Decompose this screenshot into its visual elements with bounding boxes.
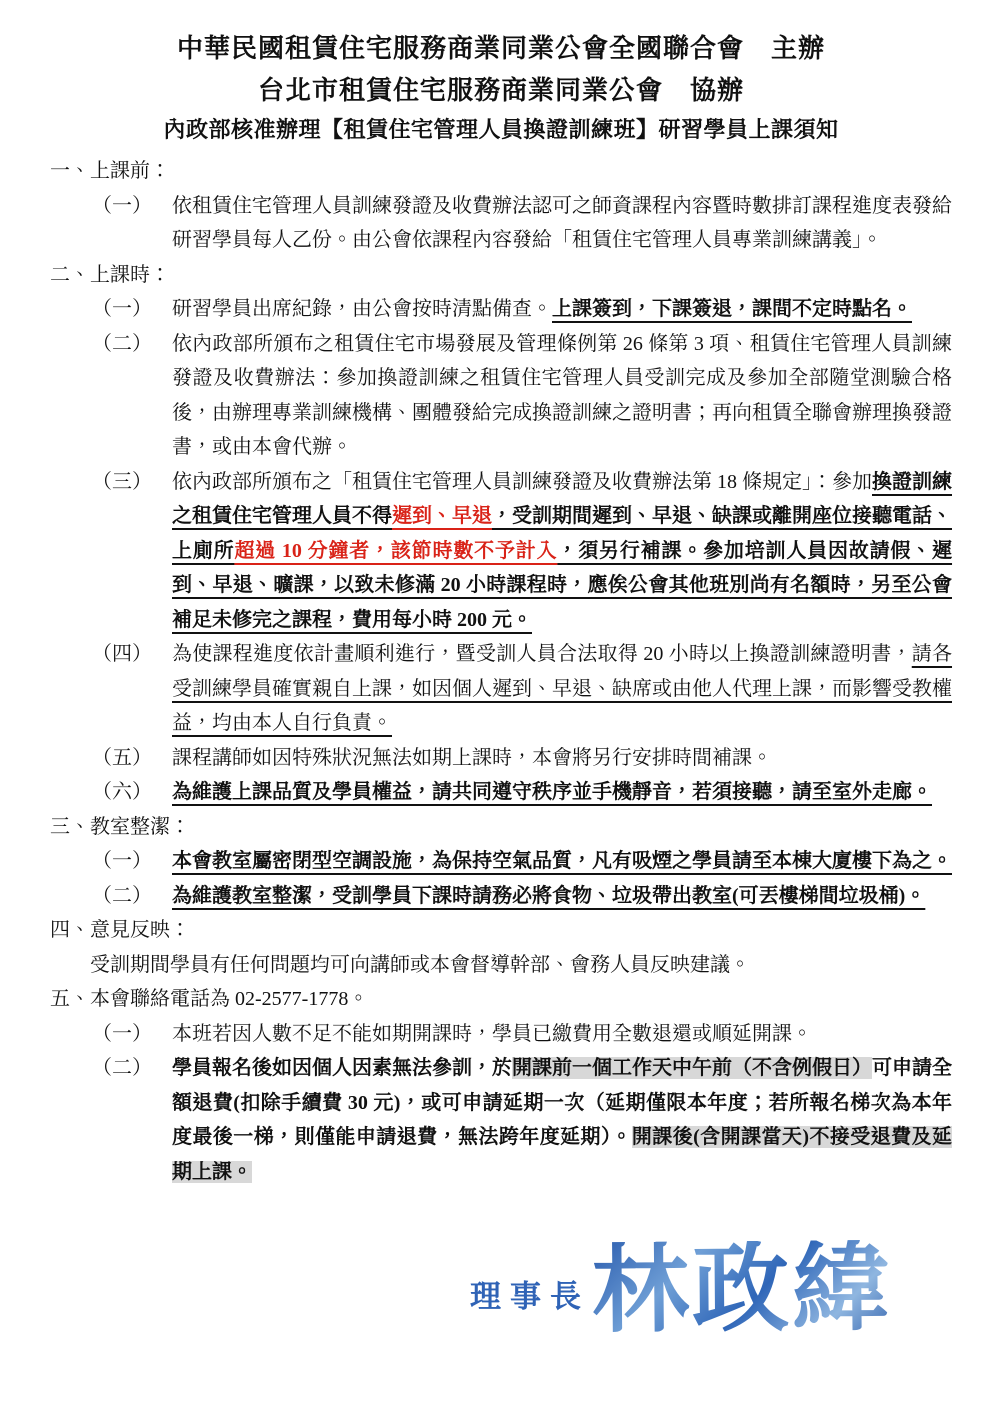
text-run: 為維護上課品質及學員權益，請共同遵守秩序並手機靜音，若須接聽，請至室外走廊。 <box>172 781 932 803</box>
item-marker: （二） <box>92 1051 172 1189</box>
section-heading: 四、意見反映： <box>50 913 952 948</box>
signature-block: 理事長 林政緯 <box>50 1241 952 1338</box>
sub-item: （二）為維護教室整潔，受訓學員下課時請務必將食物、垃圾帶出教室(可丟樓梯間垃圾桶… <box>50 879 952 914</box>
text-run: 依內政部所頒布之租賃住宅市場發展及管理條例第 26 條第 3 項、租賃住宅管理人… <box>172 333 952 459</box>
item-marker: （一） <box>92 189 172 258</box>
item-text: 為使課程進度依計畫順利進行，暨受訓人員合法取得 20 小時以上換證訓練證明書，請… <box>172 637 952 741</box>
section-heading: 三、教室整潔： <box>50 810 952 845</box>
item-marker: （六） <box>92 775 172 810</box>
item-text: 五、本會聯絡電話為 02-2577-1778。 <box>50 982 952 1017</box>
text-run: 二、上課時： <box>50 264 170 286</box>
item-text: 受訓期間學員有任何問題均可向講師或本會督導幹部、會務人員反映建議。 <box>90 948 952 983</box>
section-heading: 一、上課前： <box>50 154 952 189</box>
item-text: 為維護上課品質及學員權益，請共同遵守秩序並手機靜音，若須接聽，請至室外走廊。 <box>172 775 952 810</box>
sub-item: （六）為維護上課品質及學員權益，請共同遵守秩序並手機靜音，若須接聽，請至室外走廊… <box>50 775 952 810</box>
sub-item: （一）本班若因人數不足不能如期開課時，學員已繳費用全數退還或順延開課。 <box>50 1017 952 1052</box>
notice-title: 內政部核准辦理【租賃住宅管理人員換證訓練班】研習學員上課須知 <box>50 112 952 148</box>
sub-item: （一）依租賃住宅管理人員訓練發證及收費辦法認可之師資課程內容暨時數排訂課程進度表… <box>50 189 952 258</box>
item-text: 學員報名後如因個人因素無法參訓，於開課前一個工作天中午前（不含例假日）可申請全額… <box>172 1051 952 1189</box>
sub-item: （二）學員報名後如因個人因素無法參訓，於開課前一個工作天中午前（不含例假日）可申… <box>50 1051 952 1189</box>
document-header: 中華民國租賃住宅服務商業同業公會全國聯合會 主辦 台北市租賃住宅服務商業同業公會… <box>50 28 952 148</box>
text-run: 一、上課前： <box>50 160 170 182</box>
item-marker: （二） <box>92 879 172 914</box>
sub-item: （五）課程講師如因特殊狀況無法如期上課時，本會將另行安排時間補課。 <box>50 741 952 776</box>
item-marker: （一） <box>92 292 172 327</box>
item-text: 研習學員出席紀錄，由公會按時清點備查。上課簽到，下課簽退，課間不定時點名。 <box>172 292 952 327</box>
text-run: 超過 10 分鐘者，該節時數不予計入 <box>234 540 557 562</box>
item-marker: （五） <box>92 741 172 776</box>
sub-item: （三）依內政部所頒布之「租賃住宅管理人員訓練發證及收費辦法第 18 條規定」：參… <box>50 465 952 638</box>
text-run: 為維護教室整潔，受訓學員下課時請務必將食物、垃圾帶出教室(可丟樓梯間垃圾桶)。 <box>172 885 925 907</box>
co-organizer-title: 台北市租賃住宅服務商業同業公會 協辦 <box>50 70 952 112</box>
sub-item: （一）本會教室屬密閉型空調設施，為保持空氣品質，凡有吸煙之學員請至本棟大廈樓下為… <box>50 844 952 879</box>
item-text: 依內政部所頒布之租賃住宅市場發展及管理條例第 26 條第 3 項、租賃住宅管理人… <box>172 327 952 465</box>
item-text: 依租賃住宅管理人員訓練發證及收費辦法認可之師資課程內容暨時數排訂課程進度表發給研… <box>172 189 952 258</box>
item-marker: （三） <box>92 465 172 638</box>
sub-item: （四）為使課程進度依計畫順利進行，暨受訓人員合法取得 20 小時以上換證訓練證明… <box>50 637 952 741</box>
text-run: 課程講師如因特殊狀況無法如期上課時，本會將另行安排時間補課。 <box>172 747 772 769</box>
text-run: 上課簽到，下課簽退，課間不定時點名。 <box>552 298 912 320</box>
text-run: 開課前一個工作天中午前（不含例假日） <box>512 1057 872 1079</box>
text-run: 為使課程進度依計畫順利進行，暨受訓人員合法取得 20 小時以上換證訓練證明書， <box>172 643 912 665</box>
sub-item: （一）研習學員出席紀錄，由公會按時清點備查。上課簽到，下課簽退，課間不定時點名。 <box>50 292 952 327</box>
document-page: 中華民國租賃住宅服務商業同業公會全國聯合會 主辦 台北市租賃住宅服務商業同業公會… <box>0 0 1000 1414</box>
item-text: 本會教室屬密閉型空調設施，為保持空氣品質，凡有吸煙之學員請至本棟大廈樓下為之。 <box>172 844 952 879</box>
item-marker: （二） <box>92 327 172 465</box>
text-run: 四、意見反映： <box>50 919 190 941</box>
item-text: 本班若因人數不足不能如期開課時，學員已繳費用全數退還或順延開課。 <box>172 1017 952 1052</box>
item-text: 課程講師如因特殊狀況無法如期上課時，本會將另行安排時間補課。 <box>172 741 952 776</box>
text-run: 依租賃住宅管理人員訓練發證及收費辦法認可之師資課程內容暨時數排訂課程進度表發給研… <box>172 195 952 252</box>
paragraph: 受訓期間學員有任何問題均可向講師或本會督導幹部、會務人員反映建議。 <box>50 948 952 983</box>
section-heading: 二、上課時： <box>50 258 952 293</box>
item-text: 一、上課前： <box>50 154 952 189</box>
text-run: 依內政部所頒布之「租賃住宅管理人員訓練發證及收費辦法第 18 條規定」：參加 <box>172 471 872 493</box>
item-text: 依內政部所頒布之「租賃住宅管理人員訓練發證及收費辦法第 18 條規定」：參加換證… <box>172 465 952 638</box>
item-marker: （四） <box>92 637 172 741</box>
text-run: 學員報名後如因個人因素無法參訓，於 <box>172 1057 512 1079</box>
item-marker: （一） <box>92 1017 172 1052</box>
item-text: 二、上課時： <box>50 258 952 293</box>
section-heading: 五、本會聯絡電話為 02-2577-1778。 <box>50 982 952 1017</box>
notice-body: 一、上課前：（一）依租賃住宅管理人員訓練發證及收費辦法認可之師資課程內容暨時數排… <box>50 154 952 1189</box>
item-text: 為維護教室整潔，受訓學員下課時請務必將食物、垃圾帶出教室(可丟樓梯間垃圾桶)。 <box>172 879 952 914</box>
text-run: 遲到、早退 <box>392 505 492 527</box>
text-run: 本班若因人數不足不能如期開課時，學員已繳費用全數退還或順延開課。 <box>172 1023 812 1045</box>
item-text: 三、教室整潔： <box>50 810 952 845</box>
text-run: 受訓期間學員有任何問題均可向講師或本會督導幹部、會務人員反映建議。 <box>90 954 750 976</box>
chairman-label: 理事長 <box>470 1271 590 1316</box>
chairman-stamp: 林政緯 <box>592 1240 893 1340</box>
text-run: 三、教室整潔： <box>50 816 190 838</box>
item-marker: （一） <box>92 844 172 879</box>
sub-item: （二）依內政部所頒布之租賃住宅市場發展及管理條例第 26 條第 3 項、租賃住宅… <box>50 327 952 465</box>
text-run: 研習學員出席紀錄，由公會按時清點備查。 <box>172 298 552 320</box>
organizer-title: 中華民國租賃住宅服務商業同業公會全國聯合會 主辦 <box>50 28 952 70</box>
item-text: 四、意見反映： <box>50 913 952 948</box>
text-run: 五、本會聯絡電話為 02-2577-1778。 <box>50 988 368 1010</box>
text-run: 本會教室屬密閉型空調設施，為保持空氣品質，凡有吸煙之學員請至本棟大廈樓下為之。 <box>172 850 952 872</box>
